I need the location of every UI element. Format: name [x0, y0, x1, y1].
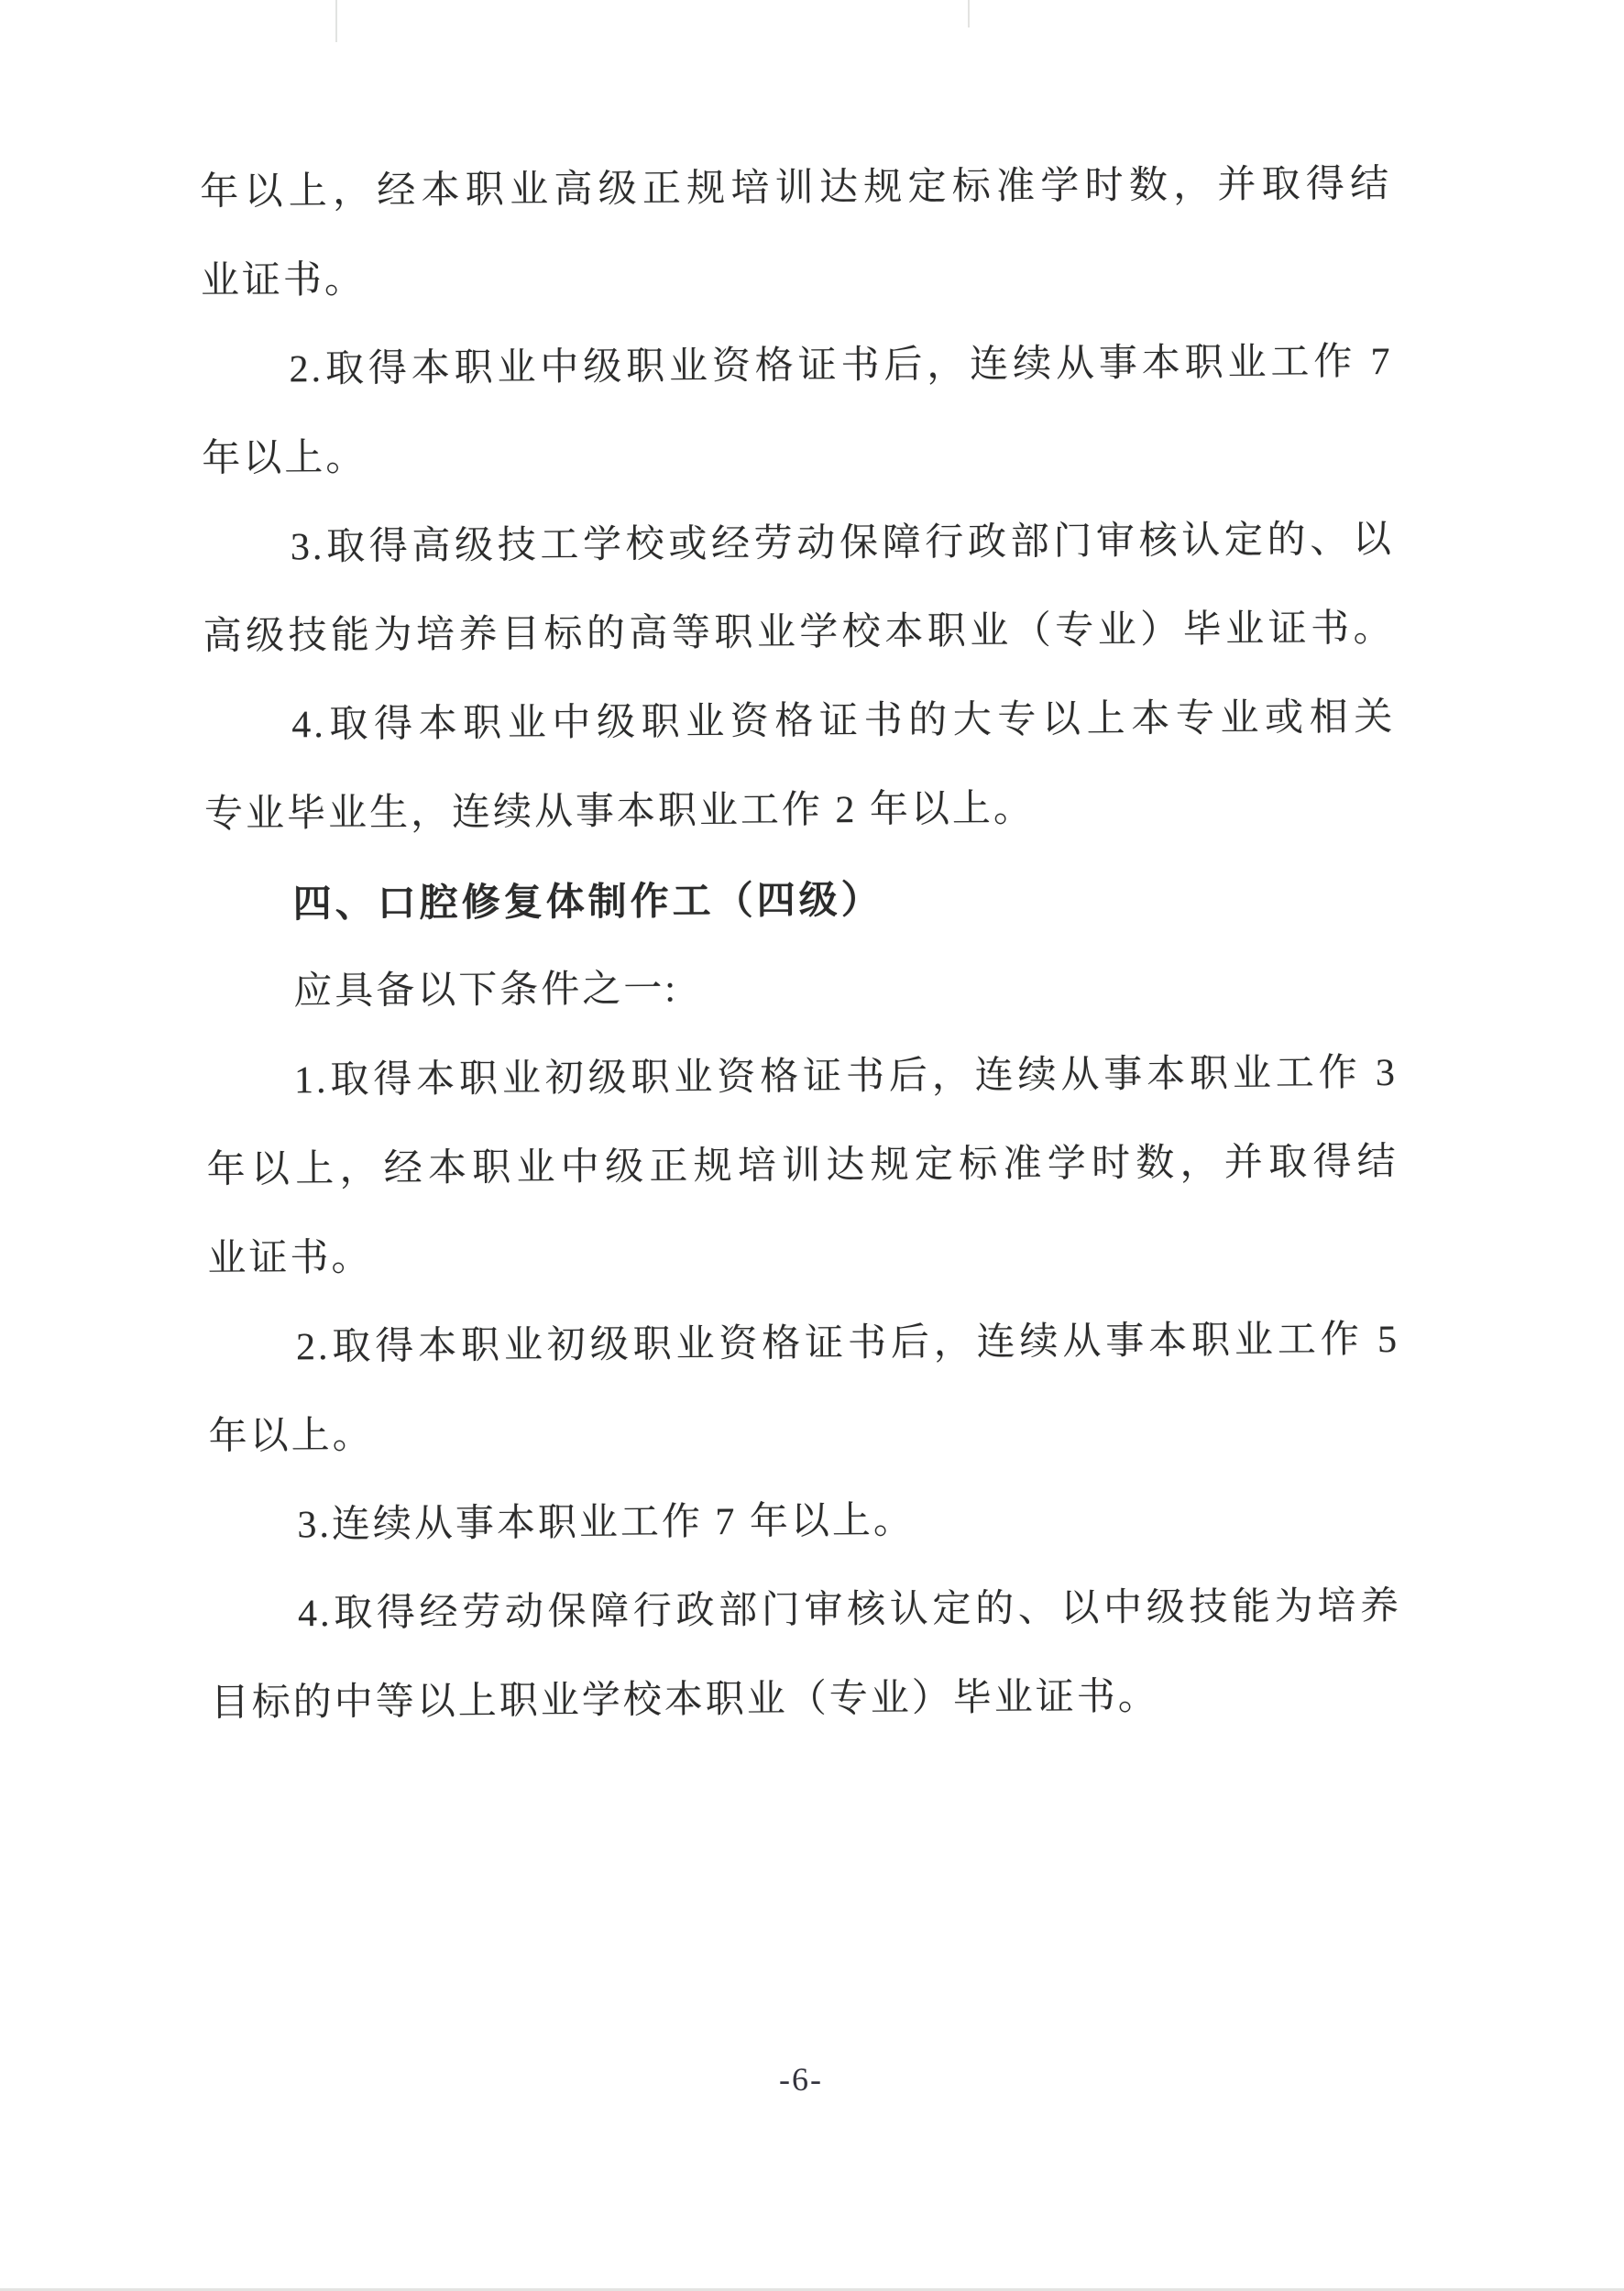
text-line: 高级技能为培养目标的高等职业学校本职业（专业）毕业证书。 [203, 585, 1395, 682]
text-line: 年以上。 [202, 407, 1394, 504]
text-line: 3.连续从事本职业工作 7 年以上。 [209, 1474, 1401, 1571]
text-line: 2.取得本职业初级职业资格证书后，连续从事本职业工作 5 [208, 1296, 1400, 1393]
scan-artifact-line [335, 0, 337, 42]
text-line: 年以上，经本职业高级正规培训达规定标准学时数，并取得结 [200, 140, 1392, 237]
text-line: 目标的中等以上职业学校本职业（专业）毕业证书。 [210, 1651, 1402, 1748]
scan-artifact-line [968, 0, 970, 27]
page-number: -6- [205, 2060, 1397, 2099]
text-line: 应具备以下条件之一: [205, 940, 1398, 1037]
text-line: 3.取得高级技工学校或经劳动保障行政部门审核认定的、以 [203, 496, 1395, 593]
document-text-block: 年以上，经本职业高级正规培训达规定标准学时数，并取得结 业证书。 2.取得本职业… [200, 140, 1402, 1748]
text-line: 1.取得本职业初级职业资格证书后，连续从事本职业工作 3 [206, 1029, 1399, 1126]
text-line: 2.取得本职业中级职业资格证书后，连续从事本职业工作 7 [201, 318, 1393, 415]
document-page: 年以上，经本职业高级正规培训达规定标准学时数，并取得结 业证书。 2.取得本职业… [0, 0, 1624, 2291]
text-line: 业证书。 [207, 1207, 1399, 1304]
text-line: 4.取得本职业中级职业资格证书的大专以上本专业或相关 [203, 674, 1396, 771]
section-heading: 四、口腔修复体制作工（四级） [204, 851, 1397, 948]
text-line: 年以上。 [208, 1385, 1400, 1482]
text-line: 年以上，经本职业中级正规培训达规定标准学时数，并取得结 [206, 1118, 1399, 1215]
text-line: 专业毕业生，连续从事本职业工作 2 年以上。 [204, 762, 1397, 860]
text-line: 4.取得经劳动保障行政部门审核认定的、以中级技能为培养 [210, 1562, 1402, 1660]
text-line: 业证书。 [201, 229, 1393, 326]
